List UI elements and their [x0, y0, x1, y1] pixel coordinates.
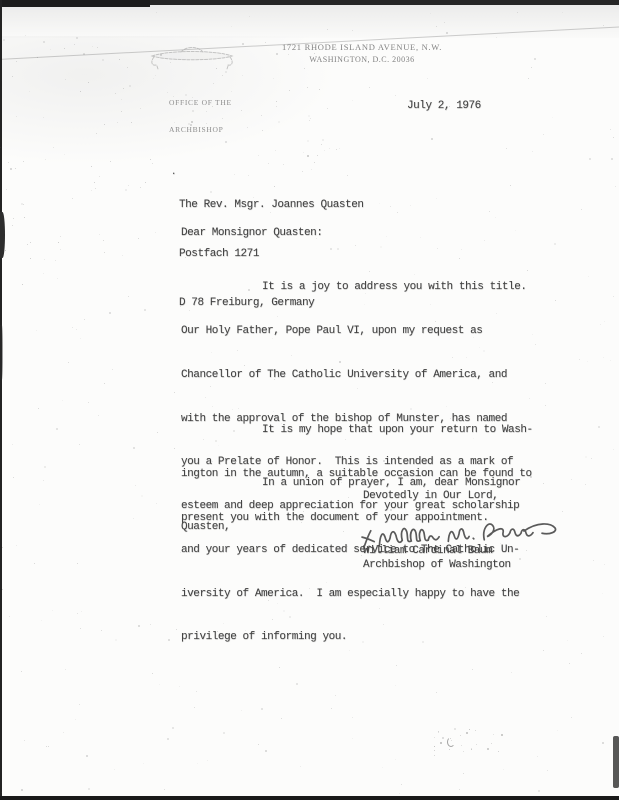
- scan-speck: [588, 276, 589, 277]
- scan-speck: [242, 75, 243, 76]
- scan-speck: [104, 383, 105, 384]
- scan-speck: [469, 729, 470, 730]
- scan-speck: [24, 740, 25, 741]
- scan-speck: [410, 205, 411, 206]
- scan-speck: [450, 738, 451, 739]
- scan-speck: [88, 402, 89, 403]
- scan-speck: [76, 329, 77, 330]
- scan-speck: [602, 593, 603, 594]
- scan-speck: [30, 242, 31, 243]
- scan-speck: [10, 168, 12, 170]
- office-of-archbishop-label: OFFICE OF THE ARCHBISHOP: [169, 80, 232, 152]
- scan-speck: [567, 640, 568, 641]
- scan-speck: [309, 120, 310, 121]
- scan-speck: [84, 319, 85, 320]
- scan-speck: [12, 76, 13, 77]
- scan-speck: [615, 186, 616, 187]
- scan-speck: [157, 432, 158, 433]
- scan-speck: [129, 85, 131, 87]
- scan-speck: [501, 734, 503, 736]
- scan-speck: [43, 480, 44, 481]
- scan-speck: [135, 485, 136, 486]
- complimentary-closing: Devotedly in Our Lord,: [363, 489, 498, 504]
- scan-speck: [103, 240, 104, 241]
- scan-speck: [48, 746, 49, 747]
- scan-speck: [133, 518, 134, 519]
- scan-speck: [471, 748, 472, 749]
- letter-line: It is my hope that upon your return to W…: [181, 423, 533, 438]
- scan-speck: [528, 78, 529, 79]
- scan-speck: [79, 444, 80, 445]
- scan-speck: [319, 89, 320, 90]
- scan-speck: [156, 503, 157, 504]
- scan-speck: [440, 742, 442, 744]
- scan-speck: [80, 628, 81, 629]
- scan-speck: [543, 483, 544, 484]
- scan-speck: [58, 242, 59, 243]
- scan-speck: [176, 629, 177, 630]
- scan-speck: [322, 139, 324, 141]
- scan-speck: [593, 560, 594, 561]
- scan-speck: [125, 189, 127, 191]
- scan-speck: [172, 727, 174, 729]
- scan-speck: [380, 246, 382, 248]
- letter-line: iversity of America. I am especially hap…: [181, 587, 527, 602]
- scan-speck: [94, 182, 95, 183]
- scan-speck: [587, 361, 588, 362]
- scan-speck: [99, 234, 100, 235]
- scan-speck: [55, 260, 56, 261]
- scan-speck: [401, 784, 402, 785]
- scan-speck: [249, 16, 250, 17]
- scan-speck: [436, 198, 437, 199]
- scan-speck: [613, 137, 614, 138]
- scan-speck: [88, 82, 89, 83]
- scan-speck: [50, 49, 51, 50]
- scan-speck: [444, 22, 445, 23]
- scan-speck: [119, 59, 120, 60]
- scan-speck: [8, 162, 9, 163]
- scan-speck: [24, 217, 25, 218]
- scan-speck: [321, 144, 322, 145]
- scan-speck: [352, 30, 353, 31]
- scan-speck: [273, 78, 274, 79]
- scan-speck: [145, 182, 146, 183]
- signatory-name: William Cardinal Baum: [363, 544, 492, 558]
- scan-speck: [102, 59, 104, 61]
- scan-speck: [537, 756, 538, 757]
- scan-speck: [498, 751, 499, 752]
- scan-speck: [12, 225, 13, 226]
- scan-speck: [268, 163, 269, 164]
- scan-speck: [77, 613, 78, 614]
- scan-speck: [241, 710, 242, 711]
- scan-speck: [475, 730, 476, 731]
- scan-speck: [610, 360, 611, 361]
- scan-speck: [506, 148, 507, 149]
- scan-speck: [496, 37, 497, 38]
- scan-speck: [562, 511, 563, 512]
- scan-speck: [44, 466, 46, 468]
- scan-shade-top: [0, 5, 619, 38]
- scan-speck: [123, 88, 124, 89]
- scan-speck: [532, 334, 533, 335]
- scan-speck: [75, 719, 76, 720]
- scan-speck: [44, 259, 45, 260]
- scan-speck: [83, 53, 85, 55]
- recipient-name: The Rev. Msgr. Joannes Quasten: [179, 197, 364, 213]
- scan-speck: [604, 321, 605, 322]
- scan-speck: [258, 744, 259, 745]
- scan-speck: [128, 185, 129, 186]
- scan-speck: [395, 759, 396, 760]
- scan-speck: [15, 168, 16, 169]
- scan-speck: [2, 589, 3, 590]
- scan-speck: [604, 564, 605, 565]
- scan-speck: [110, 161, 111, 162]
- scan-speck: [159, 684, 160, 685]
- scan-speck: [613, 296, 614, 297]
- scan-speck: [138, 625, 140, 627]
- scan-speck: [60, 236, 61, 237]
- scan-speck: [352, 100, 353, 101]
- scan-speck: [63, 732, 64, 733]
- scan-speck: [167, 738, 169, 740]
- scan-speck: [585, 456, 587, 458]
- scan-speck: [543, 650, 544, 651]
- scan-speck: [97, 47, 98, 48]
- scan-speck: [143, 763, 144, 764]
- scan-speck: [74, 44, 75, 45]
- scan-speck: [310, 118, 311, 119]
- scan-speck: [174, 392, 175, 393]
- scan-speck: [104, 252, 105, 253]
- scan-speck: [164, 789, 165, 790]
- letter-line: privilege of informing you.: [181, 630, 527, 645]
- scan-speck: [265, 750, 267, 752]
- scan-speck: [466, 732, 468, 734]
- scan-speck: [281, 718, 282, 719]
- scan-speck: [30, 258, 31, 259]
- scan-speck: [517, 12, 518, 13]
- scan-speck: [72, 327, 73, 328]
- scan-speck: [91, 166, 92, 167]
- scan-speck: [397, 212, 398, 213]
- scan-speck: [16, 545, 17, 546]
- scan-speck: [36, 330, 37, 331]
- scan-speck: [571, 479, 572, 480]
- scan-speck: [379, 203, 380, 204]
- scan-speck: [339, 148, 340, 149]
- scan-speck: [43, 117, 44, 118]
- scan-speck: [399, 793, 400, 794]
- scan-speck: [395, 95, 396, 96]
- scan-speck: [128, 296, 129, 297]
- scan-speck: [144, 309, 146, 311]
- scan-speck: [317, 155, 318, 156]
- scan-speck: [65, 79, 66, 80]
- scan-speck: [141, 495, 143, 497]
- scan-speck: [104, 124, 105, 125]
- scan-speck: [581, 209, 582, 210]
- scan-speck: [95, 188, 96, 189]
- scan-speck: [174, 448, 175, 449]
- scan-speck: [585, 484, 586, 485]
- scan-speck: [98, 415, 99, 416]
- letter-line: Chancellor of The Catholic University of…: [181, 368, 527, 383]
- scan-speck: [438, 732, 439, 733]
- scan-speck: [446, 32, 448, 34]
- scan-speck: [307, 87, 308, 88]
- scan-speck: [600, 324, 601, 325]
- scan-speck: [543, 134, 544, 135]
- scan-speck: [546, 616, 547, 617]
- scan-speck: [534, 58, 536, 60]
- scan-speck: [463, 773, 464, 774]
- scan-speck: [197, 763, 198, 764]
- scan-speck: [91, 190, 92, 191]
- scan-speck: [112, 369, 113, 370]
- scan-speck: [307, 155, 309, 157]
- scan-speck: [613, 449, 614, 450]
- scan-speck: [531, 67, 532, 68]
- scan-speck: [603, 25, 604, 26]
- scan-speck: [538, 790, 540, 792]
- scan-blot-left-lower: [0, 325, 3, 380]
- scan-speck: [68, 362, 69, 363]
- scan-speck: [46, 746, 47, 747]
- scan-speck: [557, 730, 558, 731]
- scan-speck: [336, 149, 337, 150]
- scan-speck: [562, 12, 563, 13]
- office-line-1: OFFICE OF THE: [169, 98, 232, 107]
- scan-speck: [579, 359, 580, 360]
- scan-speck: [23, 161, 24, 162]
- scan-speck: [121, 111, 122, 112]
- scan-speck: [64, 48, 65, 49]
- scan-speck: [76, 37, 78, 39]
- scan-speck: [352, 738, 353, 739]
- scan-speck: [88, 788, 90, 790]
- scan-speck: [449, 749, 450, 750]
- scan-speck: [152, 673, 153, 674]
- scan-speck: [369, 87, 370, 88]
- scan-speck: [13, 477, 14, 478]
- scan-speck: [532, 151, 533, 152]
- scan-speck: [27, 244, 28, 245]
- scan-speck: [390, 206, 391, 207]
- scan-speck: [140, 108, 141, 109]
- scan-speck: [493, 734, 494, 735]
- scan-edge-right-bottom: [613, 736, 619, 788]
- scan-speck: [463, 751, 464, 752]
- scan-speck: [79, 704, 80, 705]
- scan-speck: [80, 91, 81, 92]
- scan-speck: [1, 80, 2, 81]
- scan-speck: [382, 767, 383, 768]
- scan-speck: [461, 745, 462, 746]
- scan-speck: [289, 90, 290, 91]
- scan-speck: [179, 686, 180, 687]
- scan-speck: [43, 41, 45, 43]
- scan-speck: [438, 731, 439, 732]
- scan-speck: [430, 13, 431, 14]
- scan-smudge-bottom-right: [447, 737, 455, 747]
- scan-speck: [434, 737, 435, 738]
- scan-speck: [491, 743, 492, 744]
- scan-speck: [81, 611, 82, 612]
- salutation: Dear Monsignor Quasten:: [181, 226, 322, 241]
- scan-speck: [21, 671, 22, 672]
- stray-typed-dot: ·: [171, 167, 176, 182]
- scan-speck: [138, 238, 139, 239]
- scan-speck: [12, 444, 13, 445]
- letterhead-street: 1721 RHODE ISLAND AVENUE, N.W.: [252, 42, 472, 52]
- scan-speck: [610, 129, 611, 130]
- scan-speck: [535, 344, 536, 345]
- scan-speck: [547, 770, 548, 771]
- scan-speck: [53, 147, 54, 148]
- scan-speck: [52, 610, 53, 611]
- scan-speck: [296, 683, 298, 685]
- scanned-letter-page: 1721 RHODE ISLAND AVENUE, N.W. WASHINGTO…: [0, 0, 619, 800]
- scan-speck: [276, 101, 277, 102]
- scan-speck: [471, 749, 472, 750]
- letter-line: Our Holy Father, Pope Paul VI, upon my r…: [181, 324, 527, 339]
- scan-speck: [41, 620, 42, 621]
- scan-speck: [515, 230, 516, 231]
- scan-speck: [60, 249, 61, 250]
- scan-speck: [431, 138, 433, 140]
- scan-speck: [62, 400, 63, 401]
- scan-speck: [589, 158, 591, 160]
- scan-speck: [92, 46, 93, 47]
- scan-speck: [476, 744, 477, 745]
- scan-speck: [114, 769, 115, 770]
- scan-speck: [327, 29, 328, 30]
- scan-edge-bottom: [0, 796, 619, 800]
- scan-speck: [153, 78, 154, 79]
- scan-speck: [304, 68, 305, 69]
- scan-speck: [487, 748, 489, 750]
- scan-speck: [222, 75, 223, 76]
- scan-speck: [2, 547, 3, 548]
- scan-speck: [436, 692, 437, 693]
- scan-speck: [21, 789, 23, 791]
- scan-speck: [603, 636, 604, 637]
- scan-speck: [327, 108, 328, 109]
- scan-speck: [6, 189, 7, 190]
- scan-speck: [77, 563, 78, 564]
- scan-speck: [442, 737, 444, 739]
- scan-speck: [96, 133, 97, 134]
- scan-speck: [261, 115, 262, 116]
- scan-speck: [13, 218, 14, 219]
- scan-speck: [65, 669, 66, 670]
- scan-speck: [156, 12, 157, 13]
- scan-speck: [434, 755, 435, 756]
- letter-date: July 2, 1976: [407, 99, 481, 114]
- scan-speck: [510, 185, 511, 186]
- scan-speck: [258, 155, 259, 156]
- scan-speck: [545, 405, 546, 406]
- scan-speck: [545, 383, 546, 384]
- scan-speck: [331, 708, 332, 709]
- signatory-title: Archbishop of Washington: [363, 558, 511, 572]
- scan-speck: [131, 122, 132, 123]
- scan-speck: [352, 717, 353, 718]
- scan-speck: [0, 147, 1, 148]
- scan-speck: [611, 158, 613, 160]
- letterhead-city: WASHINGTON, D.C. 20036: [252, 55, 472, 64]
- scan-speck: [503, 769, 504, 770]
- scan-speck: [303, 152, 304, 153]
- scan-speck: [121, 99, 122, 100]
- scan-speck: [34, 563, 35, 564]
- scan-speck: [150, 159, 151, 160]
- scan-speck: [495, 217, 496, 218]
- scan-speck: [314, 162, 315, 163]
- scan-speck: [581, 653, 582, 654]
- scan-speck: [99, 176, 100, 177]
- scan-speck: [454, 728, 456, 730]
- scan-speck: [16, 116, 17, 117]
- scan-speck: [155, 232, 156, 233]
- scan-speck: [117, 122, 118, 123]
- scan-speck: [484, 240, 485, 241]
- scan-speck: [155, 75, 156, 76]
- scan-speck: [115, 93, 116, 94]
- scan-speck: [37, 57, 38, 58]
- scan-speck: [275, 150, 276, 151]
- scan-speck: [150, 624, 151, 625]
- scan-speck: [420, 237, 421, 238]
- scan-speck: [427, 78, 428, 79]
- scan-speck: [16, 61, 17, 62]
- scan-speck: [122, 255, 123, 256]
- scan-speck: [127, 67, 128, 68]
- scan-edge-top-left: [0, 0, 150, 7]
- scan-speck: [72, 198, 73, 199]
- scan-speck: [335, 695, 336, 696]
- scan-speck: [241, 110, 242, 111]
- scan-speck: [43, 273, 44, 274]
- scan-speck: [603, 357, 604, 358]
- scan-speck: [451, 740, 452, 741]
- scan-speck: [80, 338, 81, 339]
- scan-speck: [64, 154, 65, 155]
- scan-speck: [436, 26, 437, 27]
- scan-speck: [324, 150, 325, 151]
- scan-speck: [101, 630, 102, 631]
- scan-speck: [434, 750, 435, 751]
- scan-speck: [9, 616, 10, 617]
- scan-speck: [434, 746, 435, 747]
- scan-speck: [115, 639, 117, 641]
- scan-speck: [168, 639, 170, 641]
- scan-speck: [242, 43, 244, 45]
- scan-speck: [152, 163, 153, 164]
- scan-speck: [489, 211, 490, 212]
- scan-speck: [598, 426, 600, 428]
- scan-speck: [194, 707, 195, 708]
- scan-speck: [207, 760, 208, 761]
- scan-speck: [329, 148, 330, 149]
- scan-speck: [278, 121, 280, 123]
- scan-speck: [602, 742, 604, 744]
- scan-speck: [571, 717, 572, 718]
- scan-speck: [109, 312, 111, 314]
